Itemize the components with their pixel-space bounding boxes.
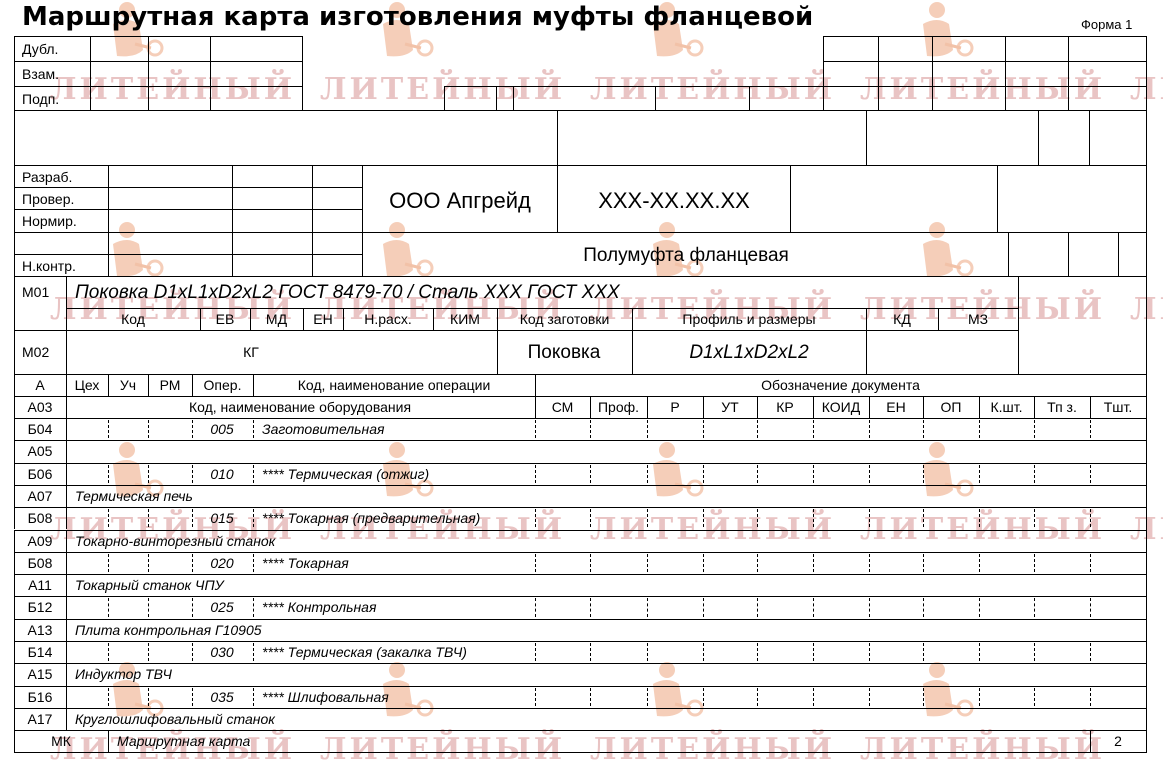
column-header: Цех bbox=[75, 376, 100, 394]
rule-line bbox=[1118, 232, 1119, 276]
row-code: Б12 bbox=[28, 598, 53, 616]
dashed-divider bbox=[869, 554, 870, 572]
rule-line bbox=[14, 574, 1146, 575]
row-code: Б08 bbox=[28, 509, 53, 527]
ev-value: КГ bbox=[243, 343, 259, 361]
rule-line bbox=[66, 507, 67, 529]
dashed-divider bbox=[703, 465, 704, 483]
dashed-divider bbox=[813, 420, 814, 438]
rule-line bbox=[14, 86, 302, 87]
rule-line bbox=[535, 374, 536, 396]
rule-line bbox=[14, 552, 15, 574]
dashed-divider bbox=[148, 688, 149, 706]
rule-line bbox=[343, 308, 344, 330]
rule-line bbox=[66, 708, 67, 730]
operation-number: 015 bbox=[210, 509, 233, 527]
rule-line bbox=[632, 330, 633, 374]
material-header: Код bbox=[121, 310, 145, 328]
operation-name: **** Токарная (предварительная) bbox=[262, 509, 480, 527]
dashed-divider bbox=[647, 688, 648, 706]
dashed-divider bbox=[757, 420, 758, 438]
rule-line bbox=[303, 308, 304, 330]
material-header: Н.расх. bbox=[364, 310, 411, 328]
dashed-divider bbox=[253, 554, 254, 572]
rule-line bbox=[148, 374, 149, 396]
dashed-divider bbox=[1034, 509, 1035, 527]
dashed-divider bbox=[647, 598, 648, 616]
document-number: XXX-XX.XX.XX bbox=[598, 188, 750, 214]
rule-line bbox=[14, 530, 15, 552]
rule-line bbox=[590, 396, 591, 418]
form-label: Форма 1 bbox=[1081, 17, 1132, 32]
dashed-divider bbox=[813, 688, 814, 706]
rule-line bbox=[1034, 396, 1035, 418]
rule-line bbox=[14, 276, 15, 374]
dashed-divider bbox=[1090, 554, 1091, 572]
signature-label: Нормир. bbox=[22, 212, 77, 230]
dashed-divider bbox=[108, 688, 109, 706]
column-header: Код, наименование оборудования bbox=[189, 398, 411, 416]
dashed-divider bbox=[813, 554, 814, 572]
dashed-divider bbox=[108, 643, 109, 661]
rule-line bbox=[200, 308, 201, 330]
dashed-divider bbox=[192, 465, 193, 483]
rule-line bbox=[647, 396, 648, 418]
dashed-divider bbox=[253, 509, 254, 527]
dashed-divider bbox=[590, 420, 591, 438]
dashed-divider bbox=[979, 554, 980, 572]
operation-number: 025 bbox=[210, 598, 233, 616]
dashed-divider bbox=[703, 420, 704, 438]
equipment-name: Индуктор ТВЧ bbox=[75, 665, 172, 683]
dashed-divider bbox=[869, 598, 870, 616]
rule-line bbox=[14, 254, 362, 255]
operation-number: 005 bbox=[210, 420, 233, 438]
rule-line bbox=[66, 530, 67, 552]
dashed-divider bbox=[647, 465, 648, 483]
rule-line bbox=[232, 165, 233, 276]
rule-line bbox=[14, 530, 1146, 531]
dashed-divider bbox=[1034, 465, 1035, 483]
equipment-name: Токарно-винторезный станок bbox=[75, 532, 275, 550]
dashed-divider bbox=[590, 643, 591, 661]
dashed-divider bbox=[813, 598, 814, 616]
equipment-name: Плита контрольная Г10905 bbox=[75, 621, 262, 639]
rule-line bbox=[66, 463, 67, 485]
rule-line bbox=[14, 485, 15, 507]
operation-name: **** Шлифовальная bbox=[262, 688, 389, 706]
rule-line bbox=[938, 308, 939, 330]
page-number: 2 bbox=[1114, 732, 1122, 750]
rule-line bbox=[14, 440, 15, 462]
rule-line bbox=[66, 596, 67, 618]
material-header: Код заготовки bbox=[520, 310, 610, 328]
rule-line bbox=[14, 463, 15, 485]
stamp-label: Взам. bbox=[22, 65, 59, 83]
rule-line bbox=[14, 730, 1146, 731]
rule-line bbox=[14, 418, 1146, 419]
dashed-divider bbox=[647, 420, 648, 438]
rule-line bbox=[66, 641, 67, 663]
rule-line bbox=[14, 36, 15, 110]
column-header: Тшт. bbox=[1104, 398, 1133, 416]
rule-line bbox=[14, 752, 1146, 753]
rule-line bbox=[14, 686, 1146, 687]
rule-line bbox=[66, 440, 67, 462]
rule-line bbox=[14, 619, 15, 641]
dashed-divider bbox=[590, 688, 591, 706]
footer-text: Маршрутная карта bbox=[117, 732, 250, 750]
rule-line bbox=[14, 187, 362, 188]
rule-line bbox=[14, 507, 1146, 508]
rule-line bbox=[192, 374, 193, 396]
rule-line bbox=[1146, 396, 1147, 418]
dashed-divider bbox=[813, 509, 814, 527]
rule-line bbox=[878, 36, 879, 110]
rule-line bbox=[1018, 276, 1019, 374]
dashed-divider bbox=[148, 598, 149, 616]
rule-line bbox=[1090, 730, 1091, 752]
rule-line bbox=[14, 596, 1146, 597]
rule-line bbox=[14, 686, 15, 708]
page-title: Маршрутная карта изготовления муфты флан… bbox=[22, 0, 813, 34]
dashed-divider bbox=[148, 509, 149, 527]
rule-line bbox=[66, 552, 67, 574]
dashed-divider bbox=[979, 420, 980, 438]
rule-line bbox=[66, 418, 67, 440]
dashed-divider bbox=[192, 643, 193, 661]
column-header: РМ bbox=[160, 376, 181, 394]
column-header: УТ bbox=[721, 398, 738, 416]
dashed-divider bbox=[108, 509, 109, 527]
rule-line bbox=[210, 36, 211, 110]
material-header: МЗ bbox=[968, 310, 988, 328]
dashed-divider bbox=[1034, 643, 1035, 661]
column-header: Код, наименование операции bbox=[298, 376, 491, 394]
rule-line bbox=[14, 485, 1146, 486]
dashed-divider bbox=[148, 465, 149, 483]
dashed-divider bbox=[253, 688, 254, 706]
blank-code-value: Поковка bbox=[528, 341, 601, 364]
rule-line bbox=[790, 165, 791, 232]
row-code: А09 bbox=[28, 532, 53, 550]
dashed-divider bbox=[923, 688, 924, 706]
operation-name: **** Токарная bbox=[262, 554, 349, 572]
rule-line bbox=[108, 374, 109, 396]
route-card-form: Маршрутная карта изготовления муфты флан… bbox=[0, 0, 1163, 770]
dashed-divider bbox=[813, 643, 814, 661]
rule-line bbox=[14, 641, 1146, 642]
dashed-divider bbox=[703, 598, 704, 616]
dashed-divider bbox=[757, 509, 758, 527]
dashed-divider bbox=[590, 598, 591, 616]
dashed-divider bbox=[647, 554, 648, 572]
rule-line bbox=[14, 110, 15, 165]
material-description: Поковка D1xL1xD2xL2 ГОСТ 8479-70 / Сталь… bbox=[75, 281, 620, 304]
row-code: А05 bbox=[28, 442, 53, 460]
rule-line bbox=[979, 396, 980, 418]
row-code: М02 bbox=[22, 343, 49, 361]
rule-line bbox=[866, 110, 867, 165]
dashed-divider bbox=[979, 688, 980, 706]
dashed-divider bbox=[757, 688, 758, 706]
dashed-divider bbox=[869, 420, 870, 438]
rule-line bbox=[14, 596, 15, 618]
equipment-name: Круглошлифовальный станок bbox=[75, 710, 275, 728]
dashed-divider bbox=[923, 465, 924, 483]
rule-line bbox=[1005, 36, 1006, 110]
rule-line bbox=[14, 708, 1146, 709]
rule-line bbox=[250, 308, 251, 330]
rule-line bbox=[749, 86, 750, 110]
operation-name: **** Термическая (закалка ТВЧ) bbox=[262, 643, 467, 661]
dashed-divider bbox=[1090, 420, 1091, 438]
material-header: Профиль и размеры bbox=[682, 310, 815, 328]
rule-line bbox=[66, 619, 67, 641]
rule-line bbox=[997, 165, 998, 232]
profile-value: D1xL1xD2xL2 bbox=[689, 341, 808, 364]
dashed-divider bbox=[590, 509, 591, 527]
operation-name: Заготовительная bbox=[262, 420, 385, 438]
dashed-divider bbox=[535, 465, 536, 483]
dashed-divider bbox=[535, 643, 536, 661]
rule-line bbox=[869, 396, 870, 418]
rule-line bbox=[66, 276, 67, 374]
material-header: ЕВ bbox=[216, 310, 235, 328]
rule-line bbox=[14, 396, 1146, 397]
rule-line bbox=[866, 330, 867, 374]
dashed-divider bbox=[535, 688, 536, 706]
dashed-divider bbox=[253, 598, 254, 616]
rule-line bbox=[1008, 232, 1009, 276]
row-code: Б08 bbox=[28, 554, 53, 572]
rule-line bbox=[497, 330, 498, 374]
rule-line bbox=[14, 440, 1146, 441]
dashed-divider bbox=[253, 465, 254, 483]
operation-number: 030 bbox=[210, 643, 233, 661]
dashed-divider bbox=[535, 598, 536, 616]
dashed-divider bbox=[535, 554, 536, 572]
column-header: КОИД bbox=[822, 398, 860, 416]
signature-label: Н.контр. bbox=[22, 257, 76, 275]
dashed-divider bbox=[923, 598, 924, 616]
column-header: А03 bbox=[28, 398, 53, 416]
rule-line bbox=[66, 308, 1018, 309]
rule-line bbox=[444, 86, 1146, 87]
dashed-divider bbox=[108, 554, 109, 572]
dashed-divider bbox=[757, 598, 758, 616]
rule-line bbox=[14, 374, 1146, 375]
rule-line bbox=[703, 396, 704, 418]
dashed-divider bbox=[923, 420, 924, 438]
operation-name: **** Термическая (отжиг) bbox=[262, 465, 429, 483]
rule-line bbox=[362, 165, 363, 276]
column-header: Уч bbox=[120, 376, 136, 394]
rule-line bbox=[302, 36, 303, 110]
dashed-divider bbox=[590, 465, 591, 483]
dashed-divider bbox=[703, 688, 704, 706]
row-code: М01 bbox=[22, 283, 49, 301]
rule-line bbox=[14, 663, 15, 685]
rule-line bbox=[14, 507, 15, 529]
rule-line bbox=[14, 36, 302, 37]
dashed-divider bbox=[647, 509, 648, 527]
signature-label: Провер. bbox=[22, 190, 74, 208]
rule-line bbox=[108, 165, 109, 276]
dashed-divider bbox=[647, 643, 648, 661]
row-code: Б14 bbox=[28, 643, 53, 661]
stamp-label: Дубл. bbox=[22, 40, 58, 58]
rule-line bbox=[14, 730, 15, 752]
dashed-divider bbox=[1090, 643, 1091, 661]
part-name: Полумуфта фланцевая bbox=[583, 244, 789, 267]
row-code: А11 bbox=[28, 576, 52, 594]
rule-line bbox=[14, 574, 15, 596]
row-code: А07 bbox=[28, 487, 53, 505]
operation-name: **** Контрольная bbox=[262, 598, 376, 616]
rule-line bbox=[148, 36, 149, 110]
dashed-divider bbox=[757, 643, 758, 661]
row-code: Б16 bbox=[28, 688, 53, 706]
rule-line bbox=[513, 86, 514, 110]
rule-line bbox=[14, 708, 15, 730]
column-header: Проф. bbox=[598, 398, 639, 416]
column-header: СМ bbox=[552, 398, 574, 416]
operation-number: 020 bbox=[210, 554, 233, 572]
dashed-divider bbox=[869, 688, 870, 706]
equipment-name: Токарный станок ЧПУ bbox=[75, 576, 224, 594]
rule-line bbox=[1038, 110, 1039, 165]
rule-line bbox=[866, 308, 867, 330]
dashed-divider bbox=[869, 465, 870, 483]
dashed-divider bbox=[192, 554, 193, 572]
rule-line bbox=[1089, 110, 1090, 165]
dashed-divider bbox=[923, 509, 924, 527]
rule-line bbox=[932, 36, 933, 110]
dashed-divider bbox=[703, 554, 704, 572]
rule-line bbox=[14, 276, 1146, 277]
dashed-divider bbox=[1090, 465, 1091, 483]
rule-line bbox=[923, 396, 924, 418]
dashed-divider bbox=[1090, 598, 1091, 616]
dashed-divider bbox=[757, 465, 758, 483]
rule-line bbox=[14, 552, 1146, 553]
dashed-divider bbox=[979, 598, 980, 616]
rule-line bbox=[66, 574, 67, 596]
dashed-divider bbox=[1034, 598, 1035, 616]
rule-line bbox=[14, 165, 15, 276]
operation-number: 035 bbox=[210, 688, 233, 706]
rule-line bbox=[90, 36, 91, 110]
rule-line bbox=[66, 686, 67, 708]
dashed-divider bbox=[923, 554, 924, 572]
rule-line bbox=[14, 374, 15, 396]
dashed-divider bbox=[869, 643, 870, 661]
dashed-divider bbox=[108, 465, 109, 483]
dashed-divider bbox=[108, 420, 109, 438]
material-header: МД bbox=[266, 310, 287, 328]
dashed-divider bbox=[703, 643, 704, 661]
rule-line bbox=[433, 308, 434, 330]
dashed-divider bbox=[192, 420, 193, 438]
column-header: ОП bbox=[941, 398, 962, 416]
dashed-divider bbox=[535, 420, 536, 438]
column-header: Тп з. bbox=[1047, 398, 1077, 416]
rule-line bbox=[14, 396, 15, 418]
rule-line bbox=[253, 374, 254, 396]
dashed-divider bbox=[148, 643, 149, 661]
rule-line bbox=[813, 396, 814, 418]
rule-line bbox=[14, 463, 1146, 464]
dashed-divider bbox=[192, 688, 193, 706]
column-header: Обозначение документа bbox=[761, 376, 920, 394]
rule-line bbox=[14, 61, 302, 62]
column-header: КР bbox=[776, 398, 794, 416]
rule-line bbox=[557, 110, 558, 165]
row-code: А13 bbox=[28, 621, 53, 639]
rule-line bbox=[14, 165, 1146, 166]
rule-line bbox=[1090, 396, 1091, 418]
material-header: КИМ bbox=[450, 310, 480, 328]
footer-code: МК bbox=[51, 732, 71, 750]
rule-line bbox=[14, 619, 1146, 620]
rule-line bbox=[108, 730, 109, 752]
dashed-divider bbox=[108, 598, 109, 616]
dashed-divider bbox=[192, 509, 193, 527]
rule-line bbox=[632, 308, 633, 330]
dashed-divider bbox=[535, 509, 536, 527]
rule-line bbox=[14, 110, 1146, 111]
rule-line bbox=[14, 330, 1018, 331]
dashed-divider bbox=[1034, 420, 1035, 438]
dashed-divider bbox=[757, 554, 758, 572]
rule-line bbox=[14, 641, 15, 663]
dashed-divider bbox=[1034, 554, 1035, 572]
dashed-divider bbox=[253, 420, 254, 438]
rule-line bbox=[312, 165, 313, 276]
rule-line bbox=[14, 418, 15, 440]
rule-line bbox=[823, 36, 1146, 37]
rule-line bbox=[1068, 232, 1069, 276]
rule-line bbox=[66, 485, 67, 507]
row-code: А17 bbox=[28, 710, 53, 728]
rule-line bbox=[655, 86, 656, 110]
row-code: А15 bbox=[28, 665, 53, 683]
row-code: Б06 bbox=[28, 465, 53, 483]
rule-line bbox=[362, 232, 1146, 233]
rule-line bbox=[66, 663, 67, 685]
dashed-divider bbox=[148, 420, 149, 438]
dashed-divider bbox=[813, 465, 814, 483]
company-name: ООО Апгрейд bbox=[389, 188, 531, 214]
dashed-divider bbox=[869, 509, 870, 527]
rule-line bbox=[557, 165, 558, 232]
dashed-divider bbox=[253, 643, 254, 661]
rule-line bbox=[535, 396, 536, 418]
rule-line bbox=[444, 86, 445, 110]
rule-line bbox=[823, 36, 824, 110]
rule-line bbox=[14, 209, 362, 210]
operation-number: 010 bbox=[210, 465, 233, 483]
dashed-divider bbox=[590, 554, 591, 572]
dashed-divider bbox=[979, 643, 980, 661]
dashed-divider bbox=[1090, 509, 1091, 527]
signature-label: Разраб. bbox=[22, 168, 72, 186]
rule-line bbox=[497, 308, 498, 330]
rule-line bbox=[1146, 36, 1147, 753]
material-header: ЕН bbox=[313, 310, 332, 328]
dashed-divider bbox=[923, 643, 924, 661]
